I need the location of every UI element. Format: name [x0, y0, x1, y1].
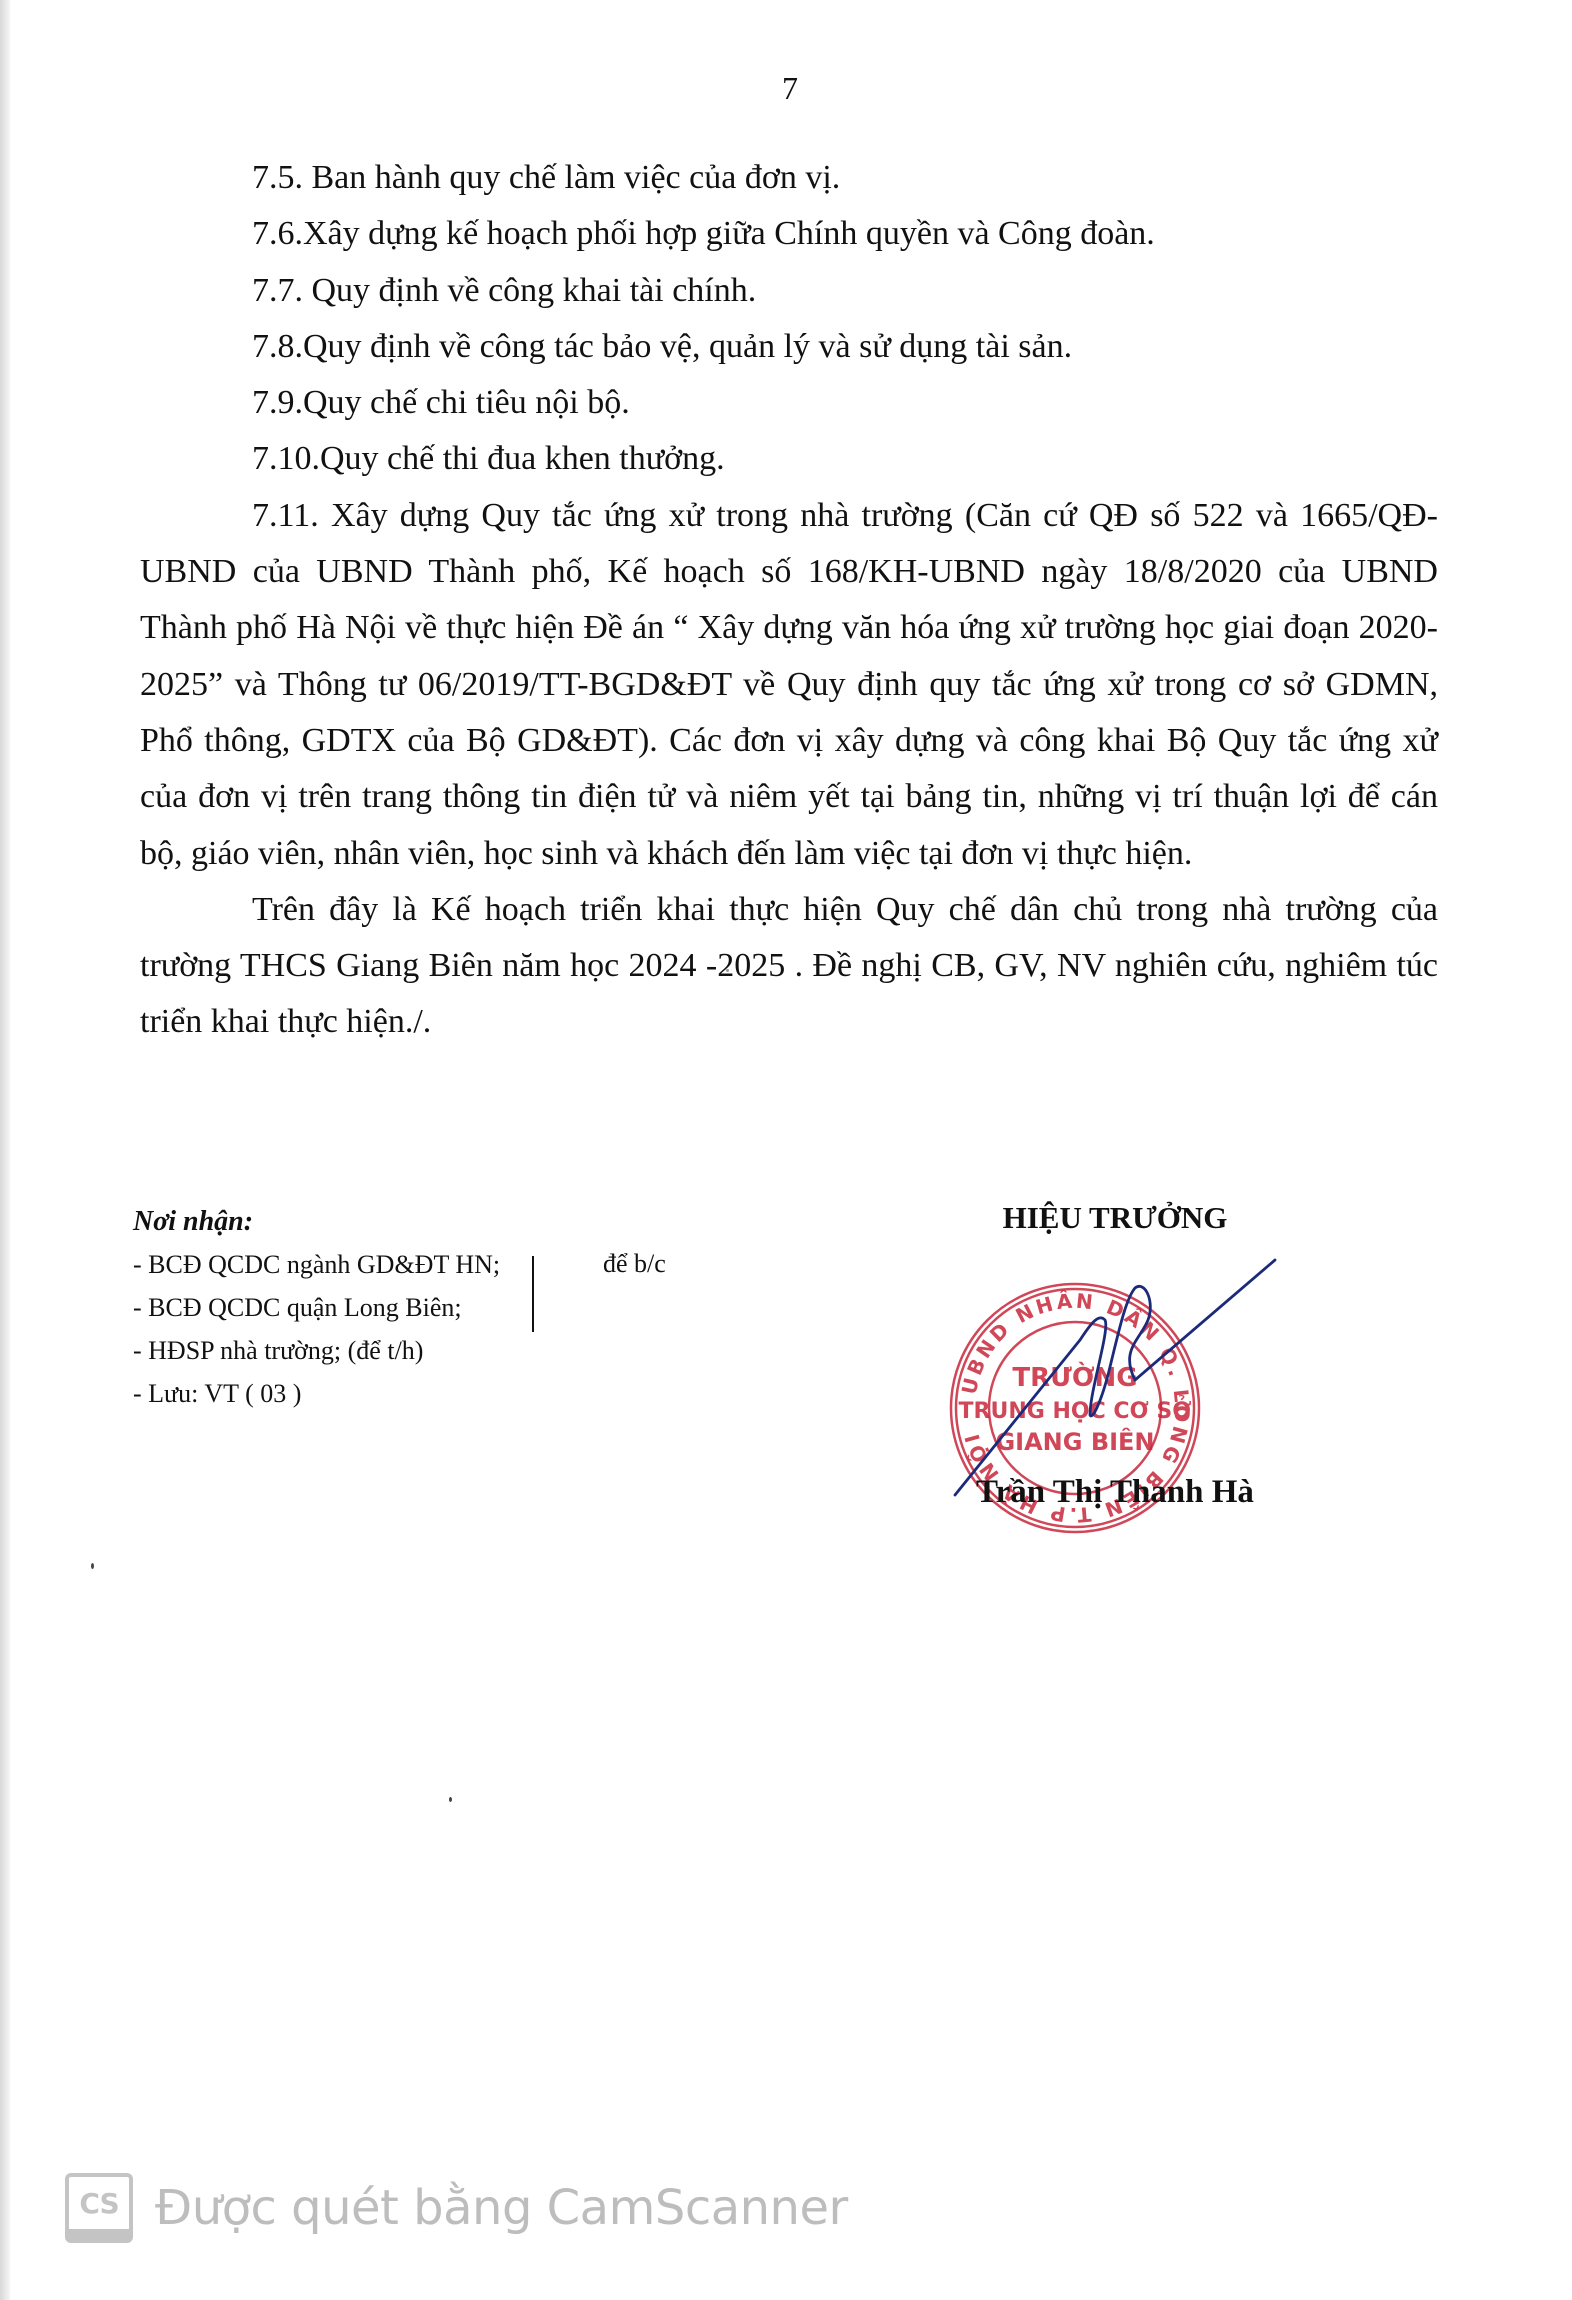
list-item: 7.9.Quy chế chi tiêu nội bộ.	[140, 375, 1438, 431]
watermark-text: Được quét bằng CamScanner	[155, 2180, 848, 2236]
item-7-11-paragraph: 7.11. Xây dựng Quy tắc ứng xử trong nhà …	[140, 488, 1438, 882]
page-number: 7	[770, 70, 810, 107]
closing-paragraph: Trên đây là Kế hoạch triển khai thực hiệ…	[140, 882, 1438, 1051]
recipients-title: Nơi nhận:	[133, 1200, 733, 1243]
bracket-bar	[532, 1256, 534, 1332]
list-item: 7.6.Xây dựng kế hoạch phối hợp giữa Chín…	[140, 206, 1438, 262]
list-item: 7.7. Quy định về công khai tài chính.	[140, 263, 1438, 319]
list-item: 7.8.Quy định về công tác bảo vệ, quản lý…	[140, 319, 1438, 375]
recipient-line: - BCĐ QCDC quận Long Biên;	[133, 1286, 733, 1329]
scan-speck	[726, 969, 729, 972]
bracket-note: để b/c	[603, 1242, 666, 1285]
document-body: 7.5. Ban hành quy chế làm việc của đơn v…	[140, 150, 1438, 1051]
list-item: 7.10.Quy chế thi đua khen thưởng.	[140, 431, 1438, 487]
recipient-line: - Lưu: VT ( 03 )	[133, 1372, 733, 1415]
signer-name: Trần Thị Thanh Hà	[930, 1474, 1300, 1511]
signer-title: HIỆU TRƯỞNG	[960, 1200, 1270, 1236]
recipients-block: Nơi nhận: - BCĐ QCDC ngành GD&ĐT HN; - B…	[133, 1200, 733, 1415]
scan-speck	[449, 1797, 452, 1802]
recipient-line: - HĐSP nhà trường; (để t/h)	[133, 1329, 733, 1372]
scan-speck	[91, 1563, 94, 1569]
list-item: 7.5. Ban hành quy chế làm việc của đơn v…	[140, 150, 1438, 206]
camscanner-logo-icon: CS	[65, 2173, 133, 2243]
scan-edge-shadow	[0, 0, 10, 2300]
camscanner-watermark: CS Được quét bằng CamScanner	[65, 2170, 848, 2246]
